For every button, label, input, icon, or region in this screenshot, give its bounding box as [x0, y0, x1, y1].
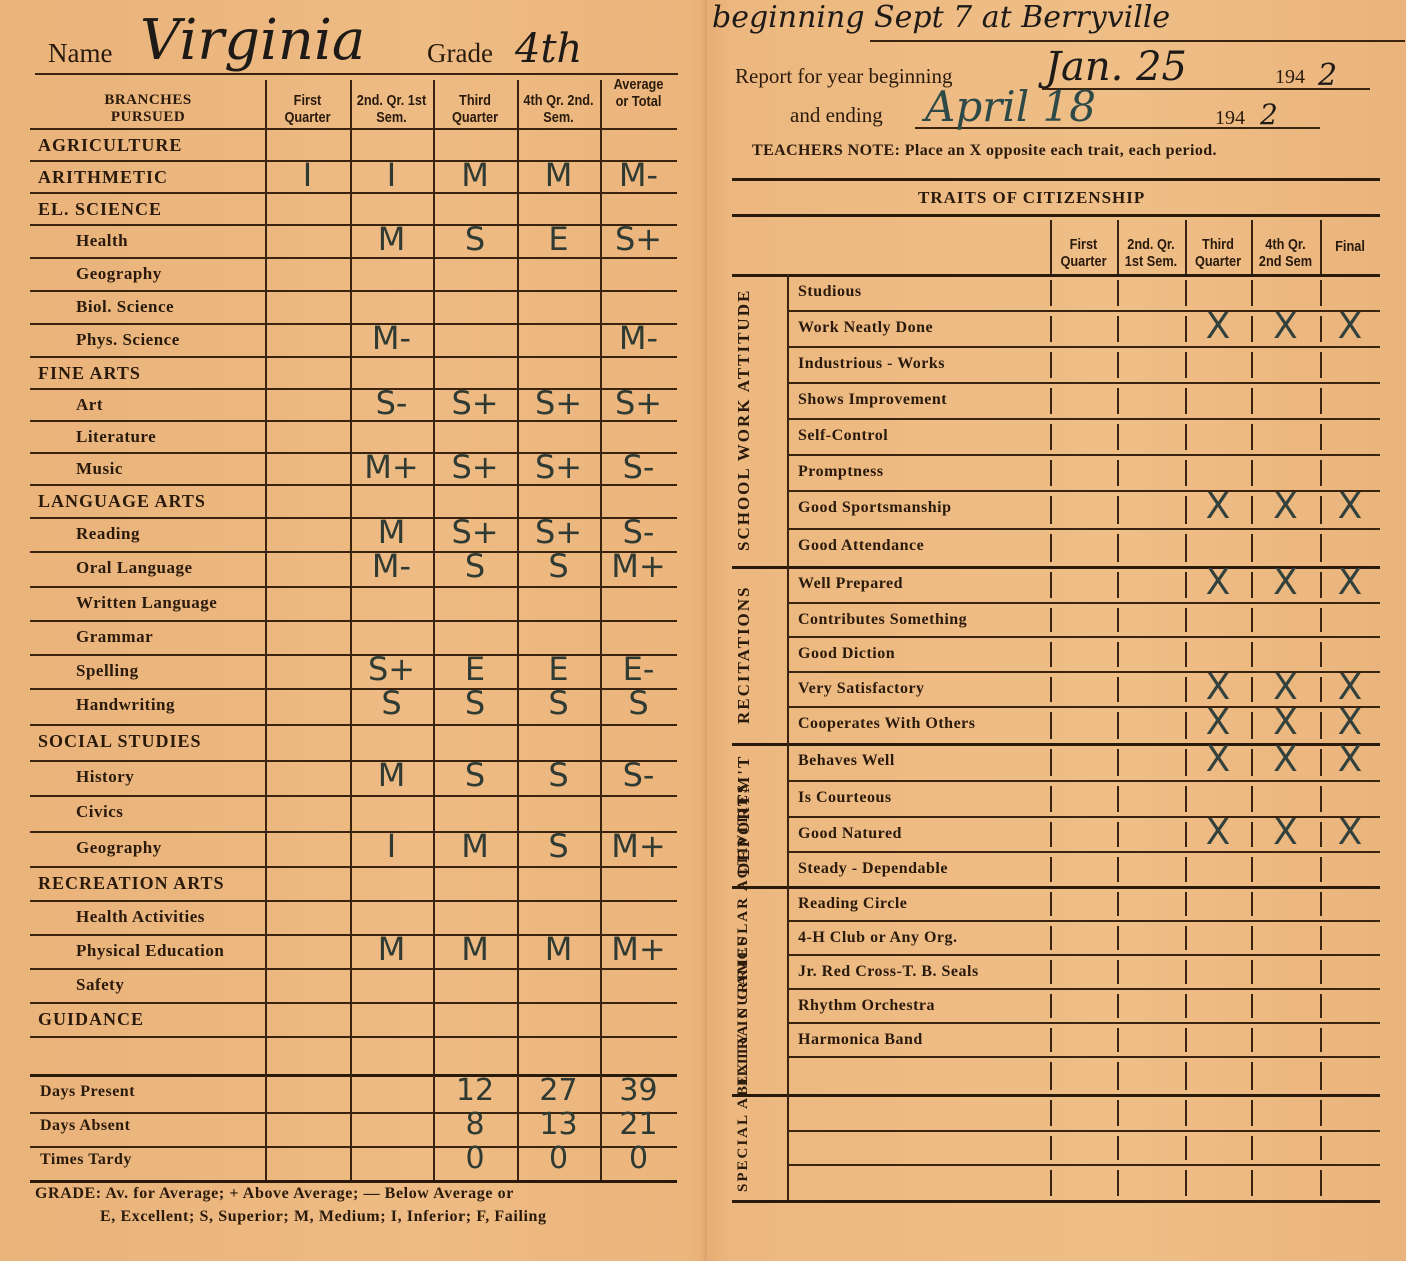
column-header: Third Quarter: [439, 92, 510, 126]
handwritten-grade: E: [519, 222, 599, 256]
subject-label: EL. SCIENCE: [38, 199, 162, 220]
trait-label: Shows Improvement: [798, 391, 947, 409]
subject-label: Art: [76, 395, 103, 415]
column-divider: [1117, 608, 1119, 632]
x-mark: X: [1256, 565, 1316, 601]
section-rule: [732, 886, 1380, 889]
trait-label: Jr. Red Cross-T. B. Seals: [798, 963, 979, 981]
column-divider: [1117, 460, 1119, 486]
rule: [30, 968, 677, 970]
section-divider: [787, 743, 789, 886]
rule: [30, 356, 677, 358]
handwritten-grade: S: [435, 758, 515, 792]
trait-label: Very Satisfactory: [798, 680, 925, 698]
column-divider: [1185, 1062, 1187, 1090]
column-divider: [1320, 1136, 1322, 1160]
rule: [787, 454, 1380, 456]
rule: [787, 954, 1380, 956]
trait-label: Studious: [798, 283, 862, 301]
trait-label: Good Natured: [798, 825, 902, 843]
column-divider: [1320, 822, 1322, 847]
column-divider: [1251, 642, 1253, 667]
trait-label: Rhythm Orchestra: [798, 997, 935, 1015]
column-header: 4th Qr. 2nd Sem: [1256, 236, 1315, 270]
section-divider: [787, 274, 789, 566]
column-divider: [1050, 1062, 1052, 1090]
column-divider: [1185, 496, 1187, 524]
section-divider: [787, 886, 789, 1094]
handwritten-grade: M: [352, 222, 432, 256]
subject-label: Literature: [76, 427, 156, 447]
handwritten-grade: M-: [352, 549, 432, 583]
column-divider: [1185, 220, 1187, 274]
rule: [30, 484, 677, 486]
x-mark: X: [1188, 742, 1248, 778]
rule: [787, 602, 1380, 604]
column-divider: [1185, 926, 1187, 950]
name-value: Virginia: [140, 8, 365, 73]
end-year-digit: 2: [1260, 98, 1278, 131]
column-divider: [1050, 1170, 1052, 1196]
rule: [787, 418, 1380, 420]
handwritten-grade: M-: [352, 321, 432, 355]
attendance-value: 0: [599, 1142, 679, 1176]
x-mark: X: [1188, 705, 1248, 741]
handwritten-grade: M+: [599, 932, 679, 966]
column-divider: [1320, 608, 1322, 632]
column-divider: [1320, 677, 1322, 702]
section-label: RECITATIONS: [736, 574, 780, 735]
rule: [787, 528, 1380, 530]
column-divider: [1117, 572, 1119, 598]
trait-label: 4-H Club or Any Org.: [798, 929, 958, 947]
column-divider: [1320, 1062, 1322, 1090]
handwritten-grade: S-: [599, 450, 679, 484]
column-divider: [1117, 857, 1119, 882]
rule: [30, 866, 677, 868]
trait-label: Reading Circle: [798, 895, 907, 913]
column-divider: [1251, 712, 1253, 739]
column-divider: [1251, 1100, 1253, 1126]
subject-label: Civics: [76, 802, 123, 822]
column-divider: [1117, 316, 1119, 342]
column-divider: [1185, 572, 1187, 598]
rule: [787, 780, 1380, 782]
handwritten-grade: M-: [599, 321, 679, 355]
column-divider: [1251, 316, 1253, 342]
handwritten-grade: S+: [352, 652, 432, 686]
subject-label: Geography: [76, 264, 162, 284]
column-divider: [1251, 1170, 1253, 1196]
column-header: Final: [1325, 238, 1376, 255]
grade-value: 4th: [515, 26, 582, 72]
trait-label: Harmonica Band: [798, 1031, 923, 1049]
teachers-note: TEACHERS NOTE: Place an X opposite each …: [752, 142, 1217, 160]
x-mark: X: [1188, 815, 1248, 851]
trait-label: Behaves Well: [798, 752, 895, 770]
card-fold: [703, 0, 709, 1261]
column-divider: [1320, 280, 1322, 306]
column-divider: [1185, 424, 1187, 450]
handwritten-grade: M: [435, 829, 515, 863]
subject-label: Biol. Science: [76, 297, 174, 317]
handwritten-grade: M: [352, 932, 432, 966]
column-divider: [1050, 572, 1052, 598]
rule: [787, 636, 1380, 638]
x-mark: X: [1320, 489, 1380, 525]
column-divider: [1117, 1136, 1119, 1160]
column-divider: [1320, 786, 1322, 812]
rule: [787, 1022, 1380, 1024]
column-divider: [1185, 960, 1187, 984]
handwritten-grade: M+: [352, 450, 432, 484]
column-divider: [1117, 642, 1119, 667]
handwritten-grade: S+: [599, 386, 679, 420]
rule: [30, 192, 677, 194]
subject-label: FINE ARTS: [38, 363, 141, 384]
trait-label: Industrious - Works: [798, 355, 945, 373]
column-divider: [1251, 1028, 1253, 1052]
handwritten-grade: S: [599, 686, 679, 720]
column-divider: [1320, 220, 1322, 274]
handwritten-grade: I: [352, 158, 432, 192]
subject-label: ARITHMETIC: [38, 167, 168, 188]
column-divider: [1117, 677, 1119, 702]
column-header: 2nd. Qr. 1st Sem.: [356, 92, 427, 126]
handwritten-grade: M: [519, 932, 599, 966]
column-divider: [1320, 892, 1322, 916]
subject-label: Spelling: [76, 661, 139, 681]
trait-label: Good Sportsmanship: [798, 499, 952, 517]
column-divider: [1185, 352, 1187, 378]
rule: [787, 988, 1380, 990]
x-mark: X: [1188, 489, 1248, 525]
section-divider: [787, 1094, 789, 1200]
subject-label: Health Activities: [76, 907, 205, 927]
column-divider: [1320, 572, 1322, 598]
handwritten-grade: S+: [519, 515, 599, 549]
column-header: 4th Qr. 2nd. Sem.: [523, 92, 594, 126]
column-divider: [1251, 786, 1253, 812]
name-label: Name: [48, 38, 112, 69]
column-divider: [1050, 1100, 1052, 1126]
column-divider: [1185, 1100, 1187, 1126]
column-divider: [1320, 642, 1322, 667]
column-divider: [1050, 642, 1052, 667]
begin-year-digit: 2: [1318, 58, 1337, 93]
column-header: First Quarter: [1055, 236, 1112, 270]
rule: [732, 274, 1380, 277]
column-divider: [1185, 388, 1187, 414]
rule: [30, 1180, 677, 1183]
column-divider: [1251, 388, 1253, 414]
rule: [30, 795, 677, 797]
column-divider: [1251, 1062, 1253, 1090]
end-year-prefix: 194: [1215, 107, 1245, 130]
column-divider: [1251, 822, 1253, 847]
trait-label: Well Prepared: [798, 575, 903, 593]
x-mark: X: [1188, 670, 1248, 706]
attendance-label: Times Tardy: [40, 1151, 132, 1169]
column-divider: [1050, 892, 1052, 916]
column-divider: [1117, 786, 1119, 812]
column-divider: [1185, 786, 1187, 812]
column-divider: [1320, 388, 1322, 414]
rule: [30, 420, 677, 422]
x-mark: X: [1320, 565, 1380, 601]
branches-header: BRANCHES PURSUED: [88, 92, 208, 126]
column-divider: [1320, 352, 1322, 378]
handwritten-grade: S: [519, 758, 599, 792]
x-mark: X: [1320, 815, 1380, 851]
handwritten-grade: S-: [599, 515, 679, 549]
rule: [870, 40, 1405, 42]
column-divider: [265, 80, 267, 1180]
column-divider: [1251, 1136, 1253, 1160]
column-divider: [1251, 608, 1253, 632]
handwritten-grade: S+: [435, 515, 515, 549]
column-divider: [1320, 712, 1322, 739]
column-divider: [1185, 1136, 1187, 1160]
column-divider: [1251, 534, 1253, 562]
handwritten-grade: E: [435, 652, 515, 686]
report-end-label: and ending: [790, 103, 883, 128]
column-divider: [1117, 1028, 1119, 1052]
handwritten-grade: S+: [435, 386, 515, 420]
column-divider: [1050, 496, 1052, 524]
section-rule: [732, 1094, 1380, 1097]
column-divider: [1117, 280, 1119, 306]
column-divider: [1251, 424, 1253, 450]
column-divider: [1185, 677, 1187, 702]
handwritten-grade: M+: [599, 829, 679, 863]
column-divider: [1185, 712, 1187, 739]
column-divider: [1251, 352, 1253, 378]
rule: [787, 382, 1380, 384]
column-divider: [1185, 460, 1187, 486]
rule: [30, 724, 677, 726]
trait-label: Steady - Dependable: [798, 860, 948, 878]
column-divider: [1117, 926, 1119, 950]
column-divider: [1050, 1136, 1052, 1160]
column-divider: [1185, 994, 1187, 1018]
column-divider: [1117, 960, 1119, 984]
column-divider: [1050, 677, 1052, 702]
column-divider: [1185, 749, 1187, 776]
column-divider: [1251, 572, 1253, 598]
x-mark: X: [1188, 565, 1248, 601]
report-card: Name Virginia Grade 4th BRANCHES PURSUED…: [0, 0, 1406, 1261]
column-divider: [1050, 857, 1052, 882]
x-mark: X: [1320, 670, 1380, 706]
end-date-value: April 18: [925, 82, 1096, 131]
subject-label: RECREATION ARTS: [38, 873, 225, 894]
column-divider: [1117, 424, 1119, 450]
attendance-value: 27: [519, 1074, 599, 1108]
column-divider: [1050, 388, 1052, 414]
attendance-value: 13: [519, 1108, 599, 1142]
rule: [30, 1036, 677, 1038]
subject-label: Reading: [76, 524, 140, 544]
column-header: 2nd. Qr. 1st Sem.: [1122, 236, 1180, 270]
attendance-value: 12: [435, 1074, 515, 1108]
handwritten-grade: S-: [352, 386, 432, 420]
column-divider: [1117, 994, 1119, 1018]
column-divider: [1251, 857, 1253, 882]
trait-label: Good Diction: [798, 645, 895, 663]
subject-label: Geography: [76, 838, 162, 858]
column-divider: [1320, 460, 1322, 486]
column-divider: [1050, 822, 1052, 847]
subject-label: LANGUAGE ARTS: [38, 491, 206, 512]
attendance-label: Days Absent: [40, 1117, 130, 1135]
subject-label: Grammar: [76, 627, 153, 647]
handwritten-grade: S: [435, 549, 515, 583]
section-label: SPECIAL ABILITY IN GAMES: [736, 1102, 780, 1192]
column-divider: [1117, 822, 1119, 847]
column-divider: [1117, 1100, 1119, 1126]
x-mark: X: [1256, 742, 1316, 778]
column-header: Third Quarter: [1190, 236, 1246, 270]
handwritten-grade: E-: [599, 652, 679, 686]
column-divider: [1185, 822, 1187, 847]
rule: [787, 346, 1380, 348]
rule: [30, 620, 677, 622]
rule: [787, 851, 1380, 853]
subject-label: Music: [76, 459, 123, 479]
column-divider: [1320, 1100, 1322, 1126]
rule: [787, 1130, 1380, 1132]
subject-label: Written Language: [76, 593, 217, 613]
section-label: SCHOOL WORK ATTITUDE: [736, 282, 780, 558]
column-divider: [1117, 1170, 1119, 1196]
column-divider: [1050, 608, 1052, 632]
column-header: Average or Total: [606, 76, 671, 110]
column-divider: [517, 80, 519, 1180]
column-divider: [1320, 534, 1322, 562]
column-divider: [1050, 316, 1052, 342]
column-divider: [1251, 926, 1253, 950]
column-divider: [350, 80, 352, 1180]
column-divider: [1185, 280, 1187, 306]
column-divider: [1320, 1028, 1322, 1052]
trait-label: Good Attendance: [798, 537, 924, 555]
attendance-value: 39: [599, 1074, 679, 1108]
column-divider: [1050, 712, 1052, 739]
handwritten-grade: S-: [599, 758, 679, 792]
column-divider: [600, 80, 602, 1180]
rule: [787, 1164, 1380, 1166]
subject-label: Handwriting: [76, 695, 175, 715]
handwritten-grade: S: [519, 549, 599, 583]
handwritten-grade: S: [435, 686, 515, 720]
handwritten-grade: S: [519, 829, 599, 863]
handwritten-grade: M: [352, 758, 432, 792]
column-divider: [1050, 280, 1052, 306]
attendance-value: 0: [435, 1142, 515, 1176]
column-divider: [1117, 220, 1119, 274]
column-divider: [1185, 316, 1187, 342]
handwritten-grade: S: [519, 686, 599, 720]
citizenship-title: TRAITS OF CITIZENSHIP: [918, 188, 1145, 208]
subject-label: Health: [76, 231, 128, 251]
section-rule: [732, 1200, 1380, 1203]
handwritten-grade: M: [435, 158, 515, 192]
rule: [732, 178, 1380, 181]
column-divider: [1320, 749, 1322, 776]
handwritten-grade: S+: [519, 386, 599, 420]
column-divider: [1117, 388, 1119, 414]
x-mark: X: [1256, 489, 1316, 525]
annotation-handwritten: beginning Sept 7 at Berryville: [712, 0, 1170, 35]
column-divider: [1185, 642, 1187, 667]
rule: [30, 586, 677, 588]
column-divider: [1050, 534, 1052, 562]
section-divider: [787, 566, 789, 743]
column-divider: [1251, 960, 1253, 984]
handwritten-grade: S+: [599, 222, 679, 256]
column-divider: [1050, 786, 1052, 812]
x-mark: X: [1256, 309, 1316, 345]
attendance-label: Days Present: [40, 1083, 135, 1101]
rule: [787, 1056, 1380, 1058]
column-divider: [1185, 608, 1187, 632]
column-header: First Quarter: [271, 92, 343, 126]
grade-label: Grade: [427, 38, 493, 69]
rule: [30, 128, 677, 130]
trait-label: Contributes Something: [798, 611, 967, 629]
handwritten-grade: I: [352, 829, 432, 863]
subject-label: Safety: [76, 975, 124, 995]
column-divider: [1185, 1028, 1187, 1052]
report-begin-label: Report for year beginning: [735, 64, 953, 89]
rule: [35, 73, 678, 75]
handwritten-grade: M-: [599, 158, 679, 192]
x-mark: X: [1256, 705, 1316, 741]
column-divider: [1251, 496, 1253, 524]
column-divider: [1251, 677, 1253, 702]
column-divider: [1050, 960, 1052, 984]
column-divider: [1251, 892, 1253, 916]
rule: [732, 214, 1380, 217]
column-divider: [1117, 1062, 1119, 1090]
rule: [30, 1002, 677, 1004]
rule: [30, 290, 677, 292]
column-divider: [1117, 712, 1119, 739]
subject-label: History: [76, 767, 134, 787]
column-divider: [1185, 1170, 1187, 1196]
column-divider: [1117, 892, 1119, 916]
handwritten-grade: M: [519, 158, 599, 192]
column-divider: [433, 80, 435, 1180]
column-divider: [1251, 994, 1253, 1018]
subject-label: GUIDANCE: [38, 1009, 144, 1030]
trait-label: Cooperates With Others: [798, 715, 976, 733]
x-mark: X: [1320, 309, 1380, 345]
handwritten-grade: S: [435, 222, 515, 256]
handwritten-grade: M+: [599, 549, 679, 583]
x-mark: X: [1256, 670, 1316, 706]
column-divider: [1050, 352, 1052, 378]
attendance-value: 21: [599, 1108, 679, 1142]
x-mark: X: [1256, 815, 1316, 851]
trait-label: Promptness: [798, 463, 884, 481]
attendance-value: 0: [519, 1142, 599, 1176]
column-divider: [1185, 892, 1187, 916]
handwritten-grade: S+: [519, 450, 599, 484]
column-divider: [1320, 994, 1322, 1018]
handwritten-grade: E: [519, 652, 599, 686]
